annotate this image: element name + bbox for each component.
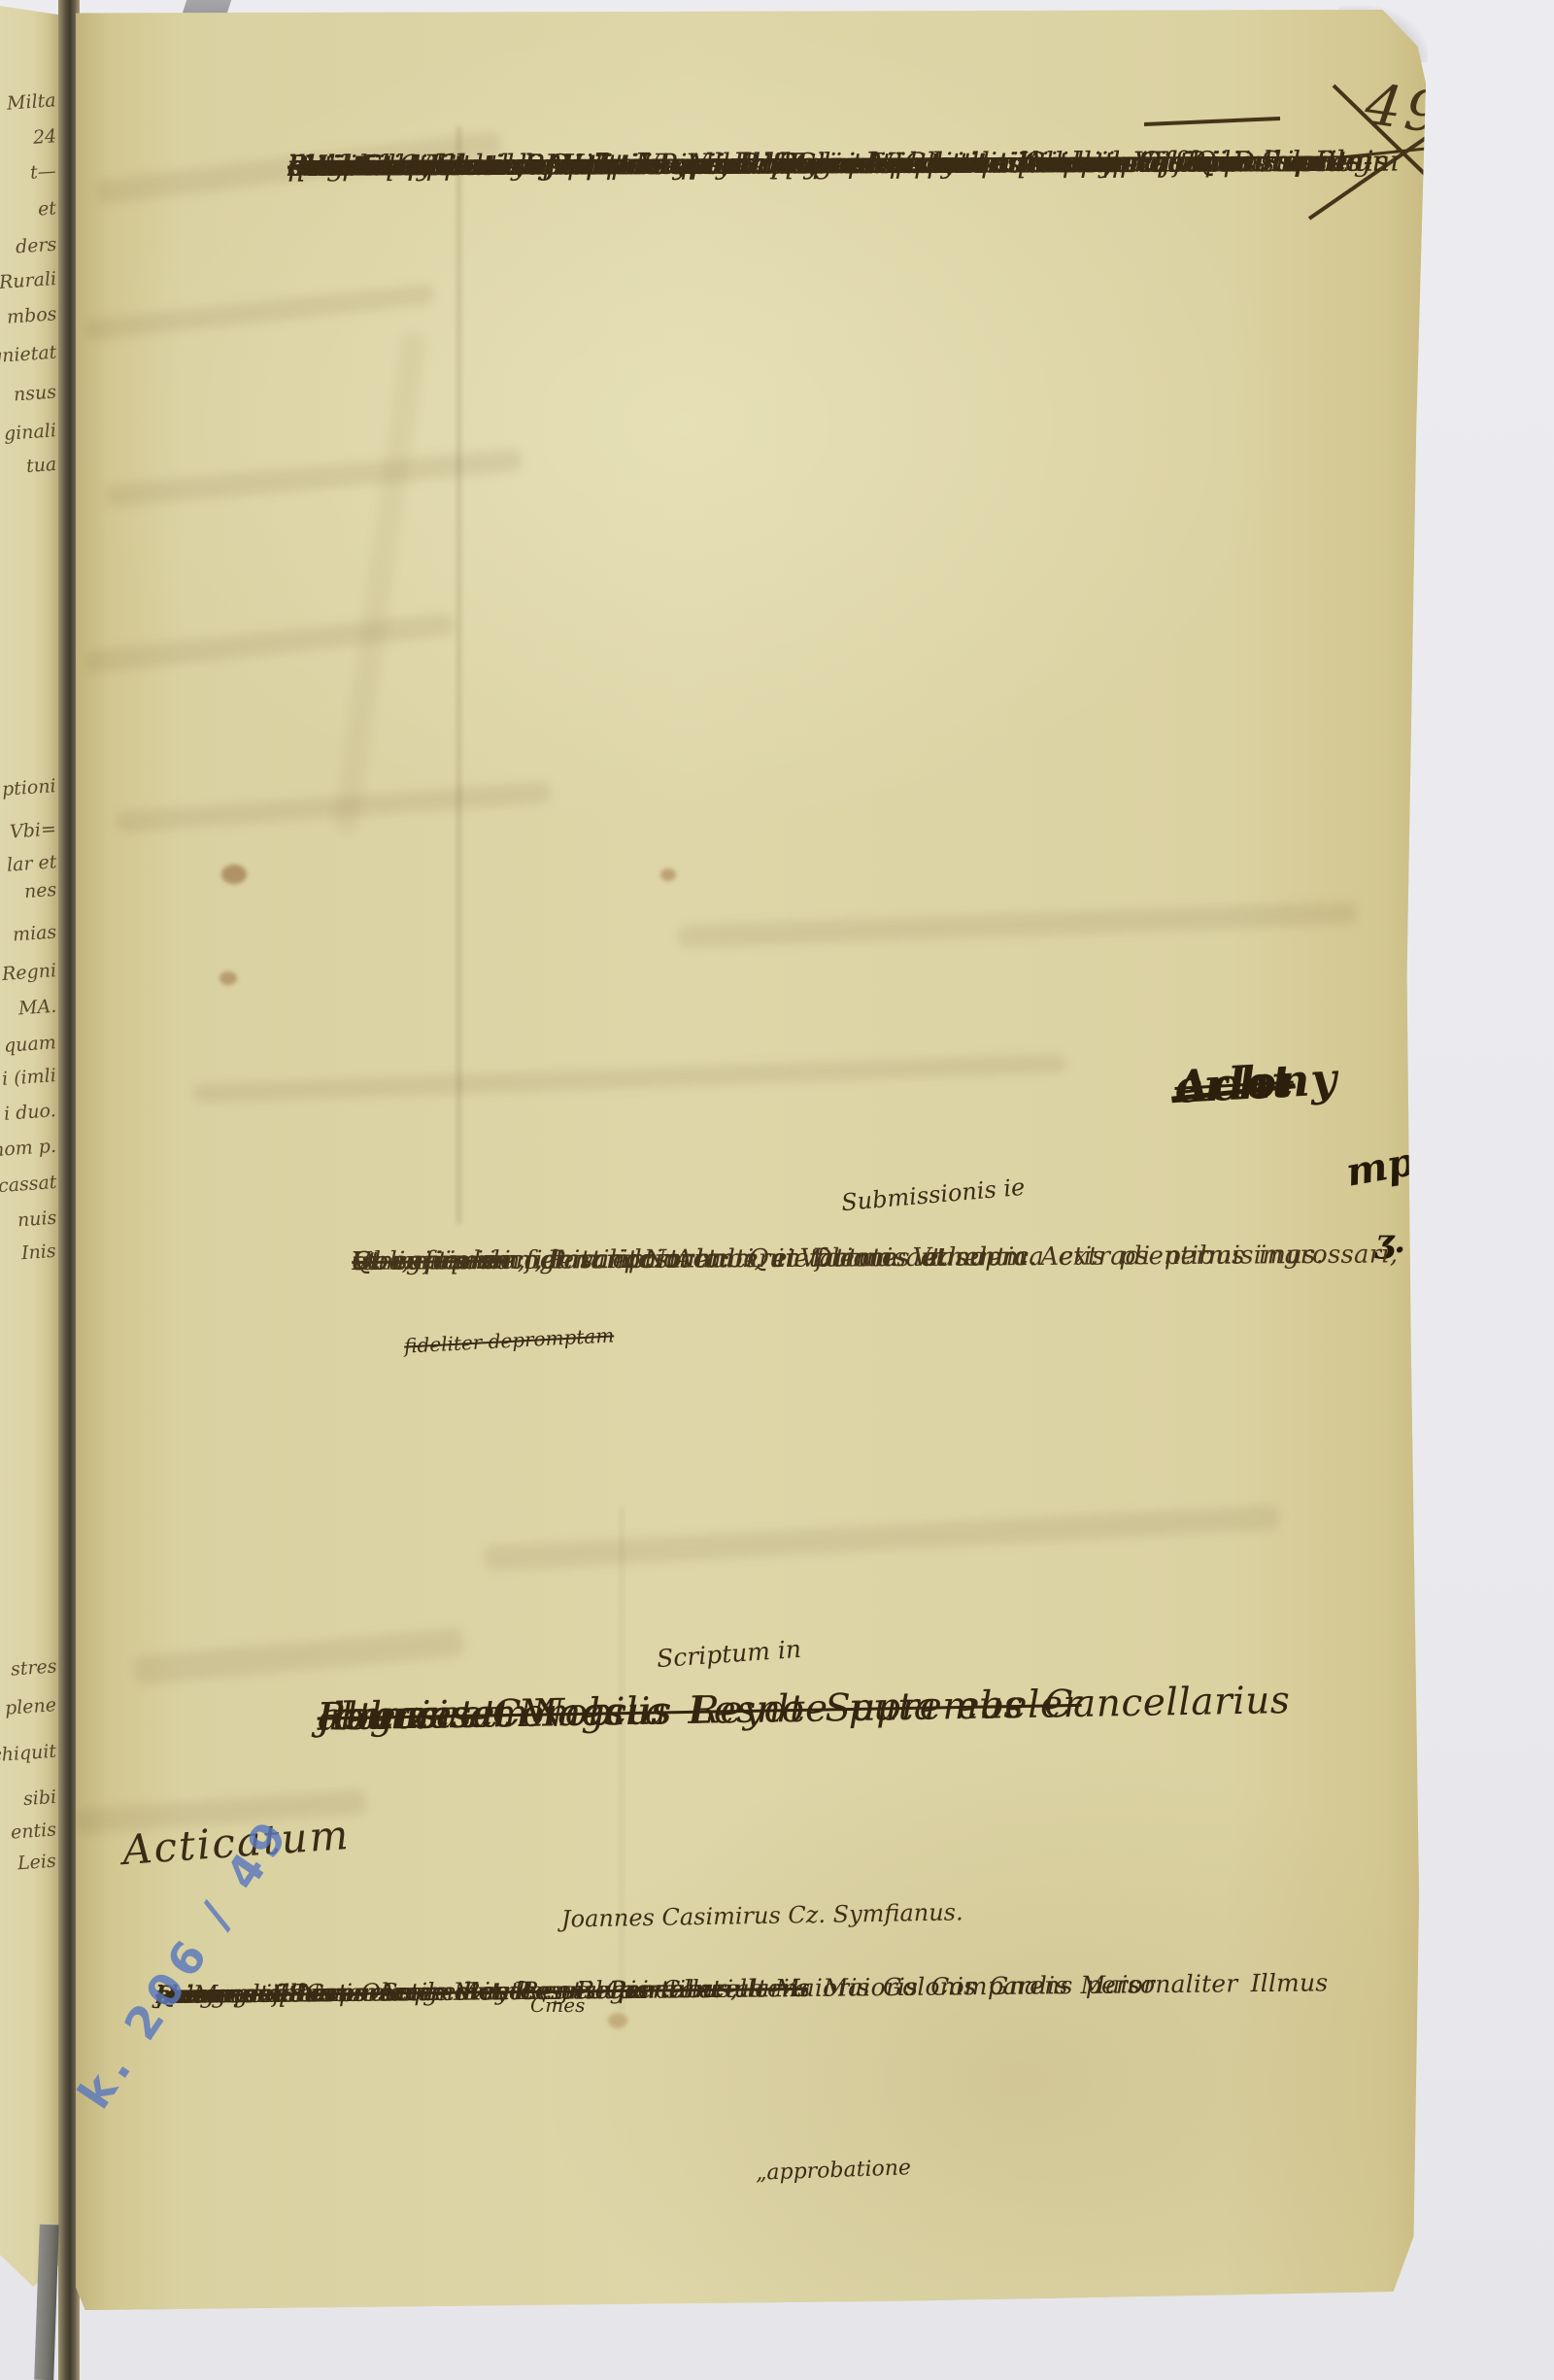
interlinear-insertion-fideliter: fideliter depromptam (404, 1323, 615, 1357)
margin-fragment: nsus (13, 381, 56, 405)
acticatum-entry-block: Quomodo Sacris Actis Metrices Regni Canc… (155, 1946, 1447, 1959)
margin-fragment: MA. (17, 996, 57, 1020)
margin-fragment: mias (12, 921, 57, 945)
signature-rest: erlony (1173, 1052, 1338, 1113)
margin-fragment: sibi (22, 1786, 57, 1810)
ink-stain (660, 868, 676, 881)
margin-fragment: Milta (7, 89, 57, 114)
margin-fragment: plene (4, 1694, 56, 1719)
interlinear-insertion-cmes: Cmes (530, 1993, 585, 2017)
interlinear-insertion-approbatione: „approbatione (756, 2156, 912, 2186)
roboration-heading-block: Roborat Intercisam Illmus et MagcusJoann… (317, 1659, 1385, 1678)
margin-fragment: nom p. (0, 1136, 57, 1162)
manuscript-page: 49 Regni et Soltero Valtti Parocho Choto… (76, 10, 1426, 2310)
margin-fragment: Vbi= (9, 818, 56, 842)
margin-fragment: Leis (17, 1851, 57, 1875)
interlinear-insertion-submissionis: Submissionis ie (840, 1173, 1026, 1216)
bookmark-ribbon (34, 2225, 59, 2380)
margin-fragment: Rurali (0, 268, 57, 293)
chancery-subscript-line: Joannes Casimirus Cz. Symfianus. (561, 1898, 963, 1932)
margin-fragment: stres (10, 1655, 57, 1680)
showthrough-smudge (192, 1053, 1066, 1103)
margin-fragment: gnietat (0, 342, 57, 368)
showthrough-smudge (85, 612, 455, 674)
signature-flourish-mp: mp (1342, 1139, 1417, 1195)
margin-fragment: ginali (3, 420, 56, 445)
margin-fragment: lar et (6, 851, 57, 876)
margin-fragment: chiquit (0, 1741, 57, 1767)
margin-fragment: quam (4, 1032, 57, 1057)
margin-fragment: Regni (1, 960, 56, 985)
showthrough-smudge (332, 331, 427, 835)
margin-fragment: i duo. (4, 1100, 57, 1125)
closing-formula-block: Quam quidem Inscriptionem Quietationis e… (352, 1220, 1449, 1228)
margin-fragment: mbos (6, 303, 57, 328)
showthrough-smudge (85, 283, 435, 341)
ink-stain (220, 971, 237, 985)
margin-fragment: ptioni (2, 775, 57, 800)
fold-crease (456, 126, 461, 1224)
showthrough-smudge (484, 1505, 1280, 1572)
ink-stain (221, 865, 247, 884)
interlinear-insertion-scriptum: Scriptum in (656, 1635, 802, 1673)
fold-crease (620, 1506, 624, 2011)
margin-fragment: i (imli (2, 1065, 57, 1090)
margin-fragment: cassat (0, 1172, 57, 1197)
margin-fragment: et (37, 197, 56, 220)
margin-fragment: t— (30, 160, 57, 184)
margin-fragment: nes (23, 879, 57, 902)
showthrough-smudge (678, 901, 1358, 948)
margin-fragment: Inis (21, 1241, 57, 1264)
margin-fragment: tua (25, 454, 57, 477)
margin-fragment: entis (10, 1819, 56, 1843)
margin-fragment: ders (15, 234, 57, 258)
previous-page-edge: Milta24t—etdersRuralimbosgnietatnsusgina… (0, 6, 60, 2287)
margin-fragment: nuis (17, 1207, 57, 1232)
margin-fragment: 24 (32, 125, 57, 149)
